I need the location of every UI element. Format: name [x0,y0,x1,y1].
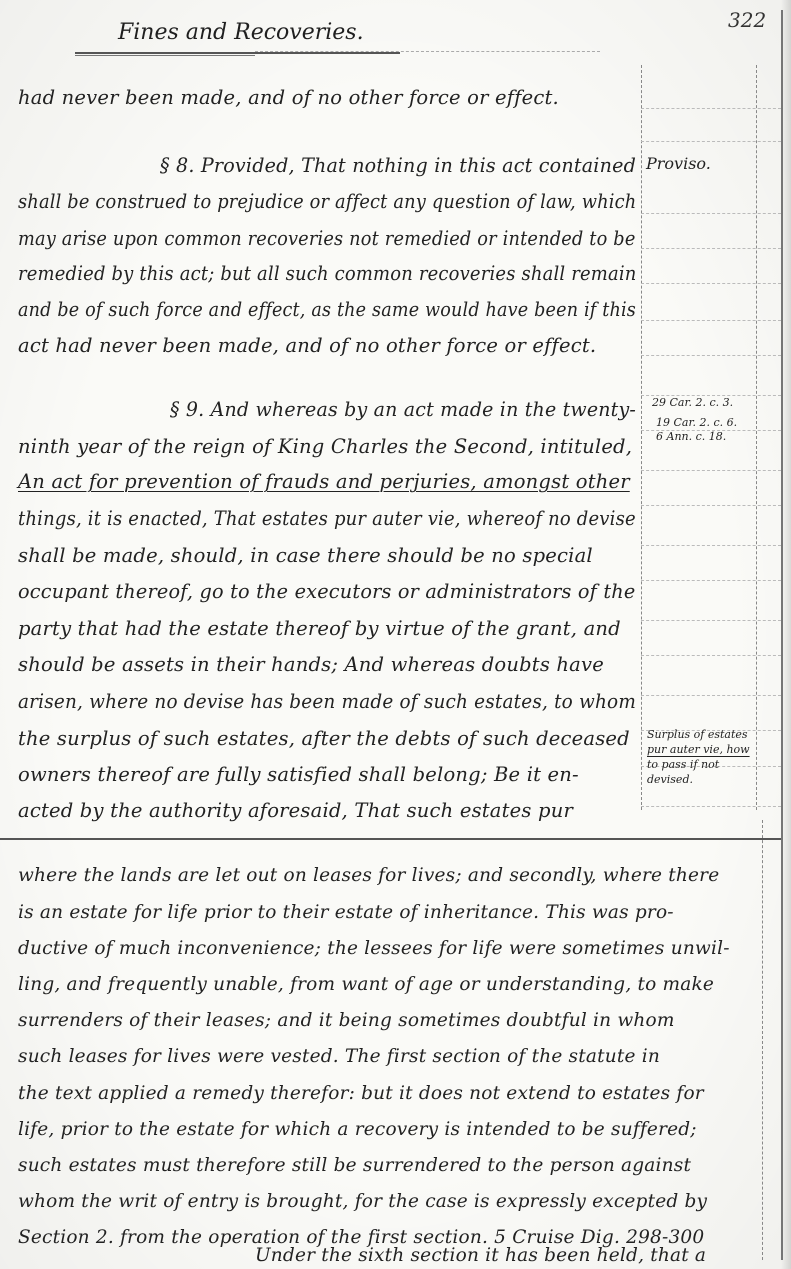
margin-note-line: to pass if not [647,758,719,771]
text-line: ling, and frequently unable, from want o… [18,974,714,995]
margin-note-line: Surplus of estates [647,728,748,741]
title-rule-extension [255,51,600,53]
margin-hrule [641,806,781,807]
text-line: Under the sixth section it has been held… [255,1245,706,1266]
text-line: life, prior to the estate for which a re… [18,1119,697,1140]
margin-hrule [641,505,781,506]
text-line: shall be construed to prejudice or affec… [18,190,636,213]
text-line: ductive of much inconvenience; the lesse… [18,938,730,959]
text-line: acted by the authority aforesaid, That s… [18,799,573,822]
text-line: is an estate for life prior to their est… [18,902,674,923]
citation: 29 Car. 2. c. 3. [652,396,733,409]
margin-hrule [641,283,781,284]
margin-hrule [641,695,781,696]
margin-hrule [641,108,781,109]
text-line: the text applied a remedy therefor: but … [18,1083,704,1104]
margin-hrule [641,620,781,621]
text-line: act had never been made, and of no other… [18,334,596,357]
section-divider [0,838,781,840]
margin-note-line: pur auter vie, how [647,743,750,756]
margin-hrule [641,141,781,142]
page-title: Fines and Recoveries. [118,20,364,45]
margin-hrule [641,355,781,356]
text-line: ninth year of the reign of King Charles … [18,435,632,458]
text-line: surrenders of their leases; and it being… [18,1010,675,1031]
text-line: remedied by this act; but all such commo… [18,262,637,285]
text-line: should be assets in their hands; And whe… [18,653,604,676]
text-line: where the lands are let out on leases fo… [18,865,719,886]
text-line: § 8. Provided, That nothing in this act … [160,154,636,177]
citation: 6 Ann. c. 18. [656,430,726,443]
margin-hrule [641,320,781,321]
margin-hrule [641,470,781,471]
margin-rule-left [641,65,642,810]
text-line: whom the writ of entry is brought, for t… [18,1191,707,1212]
page-edge-shadow [781,0,791,1269]
margin-note-line: devised. [647,773,693,786]
margin-hrule [641,580,781,581]
text-line: and be of such force and effect, as the … [18,298,636,321]
text-line: occupant thereof, go to the executors or… [18,580,635,603]
margin-hrule [641,248,781,249]
text-line: shall be made, should, in case there sho… [18,544,593,567]
page-number: 322 [728,8,766,32]
margin-hrule [641,655,781,656]
text-line: owners thereof are fully satisfied shall… [18,763,579,786]
margin-hrule [641,545,781,546]
text-line: arisen, where no devise has been made of… [18,690,636,713]
margin-rule-right [756,65,757,810]
text-line: things, it is enacted, That estates pur … [18,507,636,530]
citation: 19 Car. 2. c. 6. [656,416,737,429]
text-line: the surplus of such estates, after the d… [18,727,630,750]
title-underline-secondary [75,55,255,56]
margin-note-proviso: Proviso. [646,157,711,170]
text-line: § 9. And whereas by an act made in the t… [170,398,636,421]
manuscript-page: Fines and Recoveries. 322 had never been… [0,0,791,1269]
text-line: such leases for lives were vested. The f… [18,1046,660,1067]
margin-hrule [641,213,781,214]
text-line: such estates must therefore still be sur… [18,1155,691,1176]
text-line: may arise upon common recoveries not rem… [18,227,636,250]
text-line-act-title: An act for prevention of frauds and perj… [18,470,630,493]
text-line: party that had the estate thereof by vir… [18,617,621,640]
lower-margin-rule [762,820,763,1260]
text-line: had never been made, and of no other for… [18,86,559,109]
